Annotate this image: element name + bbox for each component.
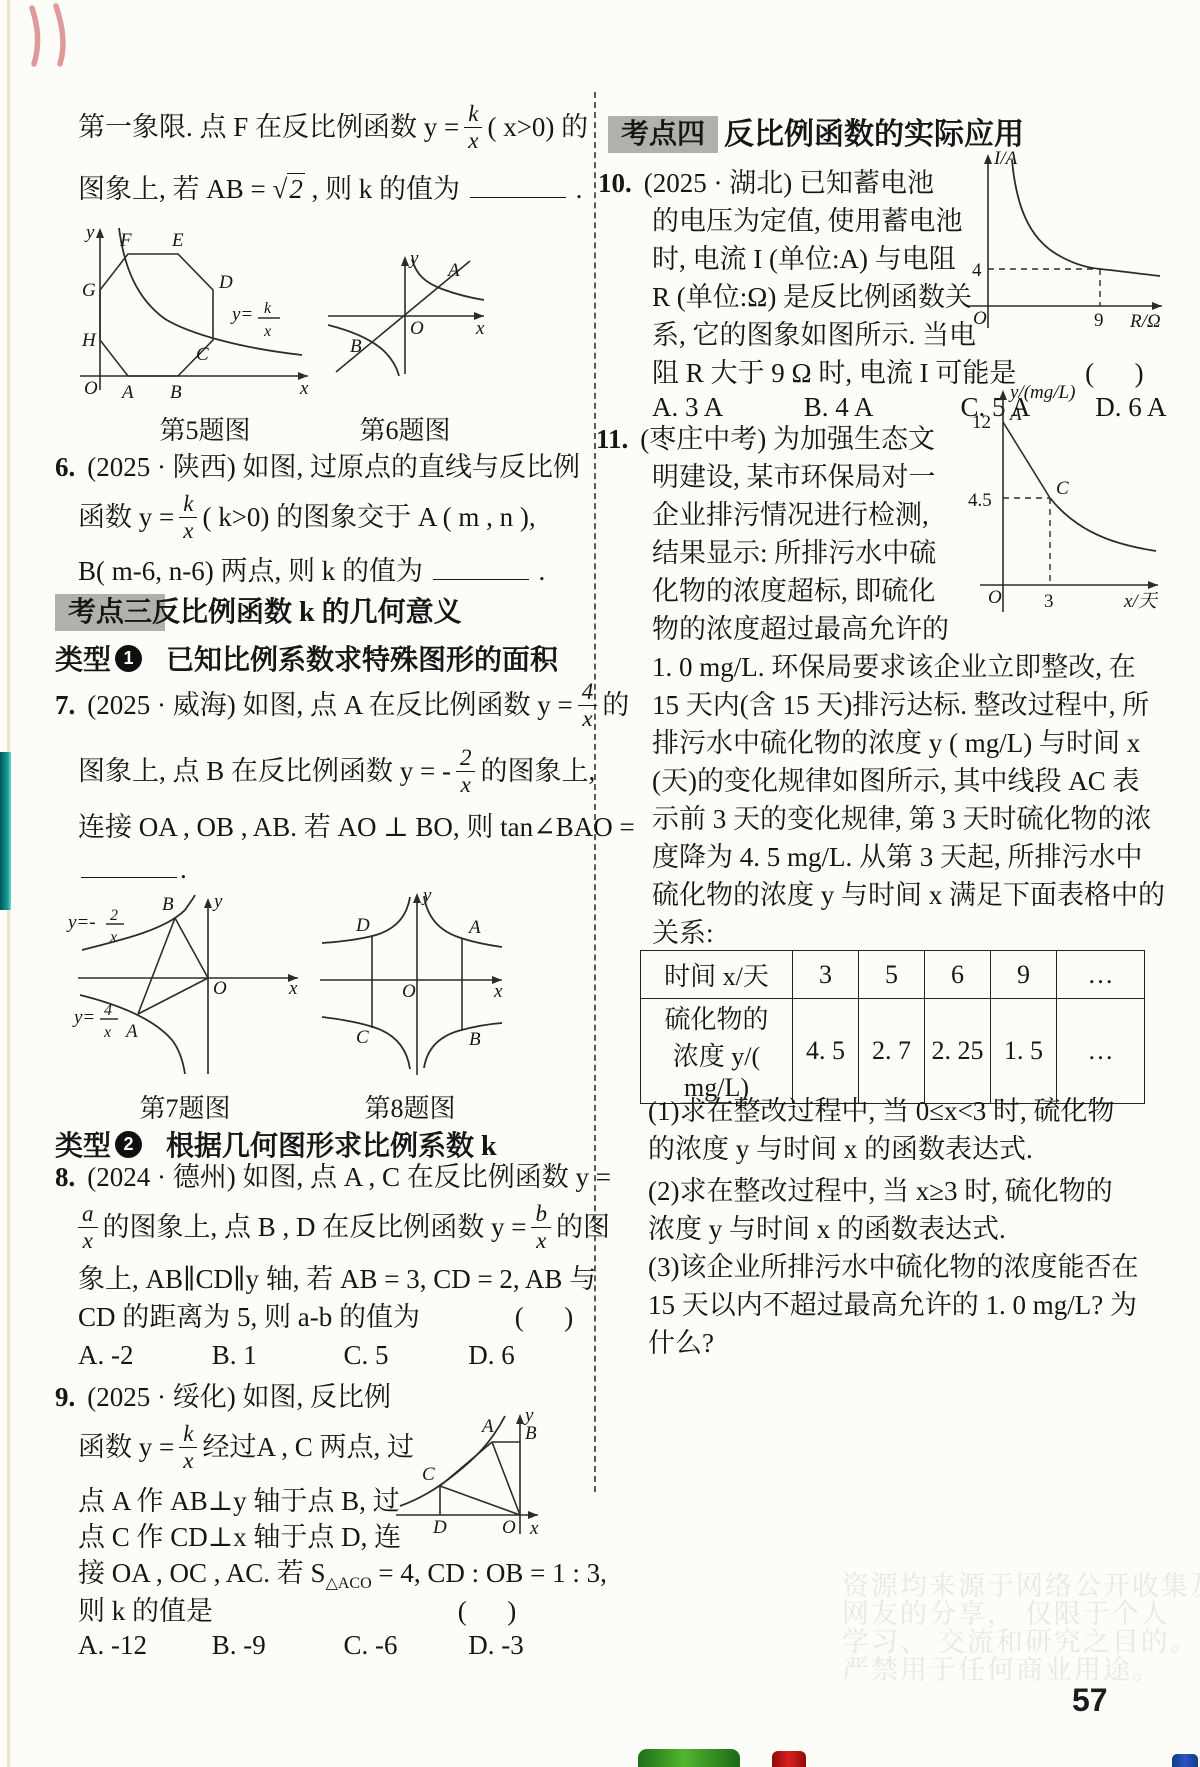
curve-a-q1 bbox=[424, 896, 502, 947]
table-header-row: 时间 x/天 3 5 6 9 … bbox=[641, 951, 1145, 999]
txt: B( m-6, n-6) 两点, 则 k 的值为 bbox=[78, 556, 423, 586]
problem-11-line-3: 企业排污情况进行检测, bbox=[652, 496, 929, 534]
blue-banner-fragment bbox=[1172, 1754, 1198, 1767]
question-3-line-3: 什么? bbox=[648, 1324, 714, 1362]
denominator: x bbox=[459, 772, 473, 798]
label-B: B bbox=[469, 1029, 481, 1050]
txt: 象上, AB∥CD∥y 轴, 若 AB = 3, CD = 2, AB 与 bbox=[78, 1264, 596, 1294]
problem-9-line-3: 点 A 作 AB⊥y 轴于点 B, 过 bbox=[78, 1482, 400, 1520]
txt: 排污水中硫化物的浓度 y ( mg/L) 与时间 x bbox=[652, 728, 1140, 758]
axis-label-x: x/天 bbox=[1123, 591, 1159, 612]
denominator: x bbox=[181, 1448, 195, 1474]
txt: 结果显示: 所排污水中硫 bbox=[652, 538, 936, 568]
x-arrow bbox=[1148, 581, 1158, 589]
problem-11-line-7: 1. 0 mg/L. 环保局要求该企业立即整改, 在 bbox=[652, 648, 1136, 686]
fraction-k-x: kx bbox=[179, 491, 197, 544]
txt: 明建设, 某市环保局对一 bbox=[652, 462, 936, 492]
section-badge-kaodian3: 考点三 bbox=[55, 594, 165, 631]
option-C: C. 5 bbox=[344, 1340, 462, 1371]
problem-8-line-1: 8.(2024 · 德州) 如图, 点 A , C 在反比例函数 y = bbox=[55, 1158, 611, 1196]
denominator: x bbox=[580, 706, 594, 732]
circled-number-2: 2 bbox=[115, 1131, 142, 1158]
cell-ellipsis: … bbox=[1057, 951, 1145, 999]
label-O: O bbox=[502, 1517, 516, 1538]
circled-number-1: 1 bbox=[115, 645, 142, 672]
figure-6-caption: 第6题图 bbox=[305, 410, 505, 447]
label-x: x bbox=[529, 1518, 539, 1539]
option-B: B. -9 bbox=[212, 1630, 337, 1661]
type-title: 已知比例系数求特殊图形的面积 bbox=[166, 638, 558, 678]
section-title-kaodian3: 反比例函数 k 的几何意义 bbox=[152, 594, 462, 632]
segment-AC bbox=[1003, 422, 1050, 498]
txt: 的电压为定值, 使用蓄电池 bbox=[652, 206, 963, 236]
label-C: C bbox=[196, 344, 209, 365]
label-D: D bbox=[355, 915, 370, 936]
red-pen-marks bbox=[22, 2, 84, 72]
txt: 函数 y = bbox=[78, 1428, 174, 1466]
txt: 关系: bbox=[652, 918, 714, 948]
label-y: y bbox=[84, 222, 95, 243]
problem-number: 8. bbox=[55, 1162, 75, 1192]
decay-curve bbox=[1050, 498, 1156, 551]
txt: 的图象上, 点 B , D 在反比例函数 y = bbox=[103, 1208, 527, 1246]
label-A: A bbox=[124, 1021, 138, 1042]
cell: 5 bbox=[859, 951, 925, 999]
txt: 系, 它的图象如图所示. 当电 bbox=[652, 320, 976, 350]
txt: 的图象上, bbox=[480, 752, 595, 790]
problem-7-line-3: 连接 OA , OB , AB. 若 AO ⊥ BO, 则 tan∠BAO = bbox=[78, 808, 635, 846]
problem-9-line-6: 则 k 的值是 ( ) bbox=[78, 1592, 516, 1630]
txt: (2025 · 湖北) 已知蓄电池 bbox=[644, 168, 934, 198]
cell: 9 bbox=[991, 951, 1057, 999]
problem-11-line-10: (天)的变化规律如图所示, 其中线段 AC 表 bbox=[652, 762, 1140, 800]
txt: 函数 y = bbox=[78, 498, 174, 536]
denominator: x bbox=[181, 518, 195, 544]
answer-blank bbox=[81, 852, 177, 878]
red-stroke-2 bbox=[56, 6, 63, 64]
label-O: O bbox=[84, 378, 98, 399]
problem-7-line-1: 7. (2025 · 威海) 如图, 点 A 在反比例函数 y = 4x 的 bbox=[55, 676, 629, 734]
txt: 企业排污情况进行检测, bbox=[652, 500, 929, 530]
y-arrow bbox=[401, 256, 409, 266]
eq2-numerator: 4 bbox=[104, 1002, 112, 1019]
label-D: D bbox=[218, 272, 233, 293]
label-O: O bbox=[213, 978, 227, 999]
type-1-row: 类型1已知比例系数求特殊图形的面积 bbox=[55, 638, 558, 678]
page-number: 57 bbox=[1072, 1682, 1108, 1719]
problem-11-line-2: 明建设, 某市环保局对一 bbox=[652, 458, 936, 496]
radical-sign: √ bbox=[272, 174, 287, 204]
txt: 15 天内(含 15 天)排污达标. 整改过程中, 所 bbox=[652, 690, 1149, 720]
cell: 3 bbox=[793, 951, 859, 999]
label-y: y bbox=[421, 885, 432, 906]
denominator: x bbox=[81, 1228, 95, 1254]
label-D: D bbox=[432, 1517, 447, 1538]
problem-10-line-5: 系, 它的图象如图所示. 当电 bbox=[652, 316, 976, 354]
txt: . bbox=[576, 174, 583, 204]
label-x: x bbox=[288, 978, 298, 999]
fraction-k-x: kx bbox=[464, 101, 482, 154]
label-E: E bbox=[171, 230, 184, 251]
axis-label-I: I/A bbox=[993, 148, 1018, 169]
option-B: B. 4 A bbox=[804, 392, 954, 423]
txt: 图象上, 若 AB = bbox=[78, 174, 266, 204]
inverse-curve bbox=[1012, 160, 1160, 276]
figure-10-current-resistance: I/A 4 O 9 R/Ω bbox=[960, 146, 1170, 338]
txt: (2)求在整改过程中, 当 x≥3 时, 硫化物的 bbox=[648, 1176, 1113, 1206]
txt: 度降为 4. 5 mg/L. 从第 3 天起, 所排污水中 bbox=[652, 842, 1143, 872]
y-arrow bbox=[516, 1414, 524, 1424]
txt: = 4, CD : OB = 1 : 3, bbox=[372, 1558, 607, 1588]
eq-numerator: k bbox=[264, 300, 272, 317]
tick-9: 9 bbox=[1094, 310, 1104, 331]
problem-number: 7. bbox=[55, 686, 75, 724]
label-x: x bbox=[493, 981, 503, 1002]
label-O: O bbox=[402, 981, 416, 1002]
txt: 阻 R 大于 9 Ω 时, 电流 I 可能是 bbox=[652, 358, 1016, 388]
problem-6-line-1: 6.(2025 · 陕西) 如图, 过原点的直线与反比例 bbox=[55, 448, 580, 486]
hyperbola-q3 bbox=[328, 325, 399, 376]
green-banner-fragment bbox=[638, 1749, 740, 1767]
figure-5-caption: 第5题图 bbox=[105, 410, 305, 447]
label-H: H bbox=[81, 330, 97, 351]
txt: 示前 3 天的变化规律, 第 3 天时硫化物的浓 bbox=[652, 804, 1152, 834]
problem-7-line-4: . bbox=[78, 850, 187, 888]
radicand: 2 bbox=[287, 173, 305, 204]
label-B: B bbox=[350, 336, 362, 357]
problem-9-line-4: 点 C 作 CD⊥x 轴于点 D, 连 bbox=[78, 1518, 401, 1556]
problem-11-line-8: 15 天内(含 15 天)排污达标. 整改过程中, 所 bbox=[652, 686, 1149, 724]
numerator: a bbox=[78, 1201, 98, 1228]
problem-8-options: A. -2 B. 1 C. 5 D. 6 bbox=[78, 1340, 515, 1371]
header-concentration: 硫化物的 浓度 y/( mg/L) bbox=[641, 999, 793, 1104]
option-C: C. -6 bbox=[344, 1630, 462, 1661]
txt: 点 C 作 CD⊥x 轴于点 D, 连 bbox=[78, 1522, 401, 1552]
label-O: O bbox=[988, 587, 1002, 608]
txt: 时, 电流 I (单位:A) 与电阻 bbox=[652, 244, 956, 274]
txt: (天)的变化规律如图所示, 其中线段 AC 表 bbox=[652, 766, 1140, 796]
figure-7-caption: 第7题图 bbox=[85, 1088, 285, 1125]
numerator: 4 bbox=[578, 679, 598, 706]
option-D: D. 6 bbox=[468, 1340, 515, 1371]
txt: 硫化物的 bbox=[645, 999, 788, 1036]
watermark-line: 严禁用于任何商业用途。 bbox=[842, 1648, 1161, 1687]
txt: ( x>0) 的 bbox=[487, 108, 588, 146]
question-1-line-2: 的浓度 y 与时间 x 的函数表达式. bbox=[648, 1130, 1033, 1168]
problem-6-line-2: 函数 y = kx ( k>0) 的图象交于 A ( m , n ), bbox=[78, 488, 536, 546]
tick-4: 4 bbox=[972, 260, 982, 281]
txt: . bbox=[538, 556, 545, 586]
label-C: C bbox=[422, 1464, 435, 1485]
type-word: 类型 bbox=[55, 638, 111, 678]
txt: 物的浓度超过最高允许的 bbox=[652, 614, 949, 644]
txt: 第一象限. 点 F 在反比例函数 y = bbox=[78, 108, 459, 146]
txt: 硫化物的浓度 y 与时间 x 满足下面表格中的 bbox=[652, 880, 1165, 910]
problem-8-line-4: CD 的距离为 5, 则 a-b 的值为 ( ) bbox=[78, 1298, 573, 1336]
txt: ( k>0) 的图象交于 A ( m , n ), bbox=[202, 498, 535, 536]
figure-11-concentration-time: y/(mg/L) 12 A 4.5 C O 3 x/天 bbox=[968, 380, 1163, 624]
question-2-line-1: (2)求在整改过程中, 当 x≥3 时, 硫化物的 bbox=[648, 1172, 1113, 1210]
problem-6-line-3: B( m-6, n-6) 两点, 则 k 的值为 . bbox=[78, 552, 545, 590]
problem-10-line-1: 10.(2025 · 湖北) 已知蓄电池 bbox=[598, 164, 934, 202]
curve-equation: y= bbox=[230, 304, 253, 325]
option-A: A. -12 bbox=[78, 1630, 205, 1661]
concentration-table: 时间 x/天 3 5 6 9 … 硫化物的 浓度 y/( mg/L) 4. 5 … bbox=[640, 950, 1145, 1104]
answer-blank bbox=[470, 172, 566, 198]
fraction-4-x: 4x bbox=[578, 679, 598, 732]
label-A: A bbox=[120, 382, 134, 403]
label-y: y bbox=[212, 891, 223, 912]
problem-number: 6. bbox=[55, 452, 75, 482]
txt: (2024 · 德州) 如图, 点 A , C 在反比例函数 y = bbox=[87, 1162, 611, 1192]
problem-11-line-11: 示前 3 天的变化规律, 第 3 天时硫化物的浓 bbox=[652, 800, 1152, 838]
segment-OA bbox=[492, 1442, 520, 1515]
label-y: y bbox=[408, 248, 419, 269]
txt: 化物的浓度超标, 即硫化 bbox=[652, 576, 936, 606]
hyperbola-curve bbox=[119, 228, 302, 355]
answer-blank bbox=[433, 554, 529, 580]
choice-parentheses: ( ) bbox=[515, 1302, 573, 1332]
problem-11-line-14: 关系: bbox=[652, 914, 714, 952]
problem-10-line-4: R (单位:Ω) 是反比例函数关 bbox=[652, 278, 972, 316]
problem-5-line-1: 第一象限. 点 F 在反比例函数 y = kx ( x>0) 的 bbox=[78, 98, 588, 156]
numerator: k bbox=[179, 491, 197, 518]
problem-10-line-3: 时, 电流 I (单位:A) 与电阻 bbox=[652, 240, 956, 278]
fraction-b-x: bx bbox=[531, 1201, 551, 1254]
question-3-line-1: (3)该企业所排污水中硫化物的浓度能否在 bbox=[648, 1248, 1138, 1286]
txt: 的浓度 y 与时间 x 的函数表达式. bbox=[648, 1134, 1033, 1164]
table-value-row: 硫化物的 浓度 y/( mg/L) 4. 5 2. 7 2. 25 1. 5 … bbox=[641, 999, 1145, 1104]
y-arrow bbox=[413, 893, 421, 903]
txt: 15 天以内不超过最高允许的 1. 0 mg/L? 为 bbox=[648, 1290, 1137, 1320]
label-A: A bbox=[446, 260, 460, 281]
problem-11-line-12: 度降为 4. 5 mg/L. 从第 3 天起, 所排污水中 bbox=[652, 838, 1143, 876]
numerator: k bbox=[179, 1421, 197, 1448]
choice-parentheses: ( ) bbox=[458, 1596, 516, 1626]
txt: 则 k 的值是 bbox=[78, 1596, 213, 1626]
txt: (2025 · 威海) 如图, 点 A 在反比例函数 y = bbox=[87, 686, 572, 724]
figure-6-line-hyperbola: y A O x B bbox=[320, 248, 490, 380]
fraction-2-x: 2x bbox=[456, 745, 476, 798]
problem-10-line-2: 的电压为定值, 使用蓄电池 bbox=[652, 202, 963, 240]
label-B: B bbox=[170, 382, 182, 403]
figure-7-triangle-hyperbolas: y B O x A y=- 2 x y= 4 x bbox=[68, 890, 303, 1082]
txt: 1. 0 mg/L. 环保局要求该企业立即整改, 在 bbox=[652, 652, 1136, 682]
option-A: A. -2 bbox=[78, 1340, 205, 1371]
txt: (3)该企业所排污水中硫化物的浓度能否在 bbox=[648, 1252, 1138, 1282]
problem-9-line-2: 函数 y = kx 经过A , C 两点, 过 bbox=[78, 1418, 414, 1476]
txt: 什么? bbox=[648, 1328, 714, 1358]
area-subscript: △ACO bbox=[326, 1575, 372, 1592]
cell-ellipsis: … bbox=[1057, 999, 1145, 1104]
tick-3: 3 bbox=[1044, 591, 1054, 612]
txt: , 则 k 的值为 bbox=[312, 174, 461, 204]
problem-11-line-6: 物的浓度超过最高允许的 bbox=[652, 610, 949, 648]
problem-11-line-4: 结果显示: 所排污水中硫 bbox=[652, 534, 936, 572]
segment-AC bbox=[440, 1442, 492, 1486]
txt: CD 的距离为 5, 则 a-b 的值为 bbox=[78, 1302, 420, 1332]
option-A: A. 3 A bbox=[652, 392, 797, 423]
label-G: G bbox=[82, 280, 96, 301]
segment-OB bbox=[175, 918, 208, 978]
I-arrow bbox=[984, 154, 992, 164]
label-A: A bbox=[480, 1416, 494, 1437]
cell: 2. 25 bbox=[925, 999, 991, 1104]
label-x: x bbox=[299, 378, 309, 399]
label-B: B bbox=[162, 894, 174, 915]
numerator: b bbox=[531, 1201, 551, 1228]
cell: 6 bbox=[925, 951, 991, 999]
segment-OA bbox=[138, 978, 208, 1014]
equation-2: y= bbox=[72, 1007, 95, 1028]
problem-number: 11. bbox=[596, 424, 628, 454]
textbook-page: 第一象限. 点 F 在反比例函数 y = kx ( x>0) 的 图象上, 若 … bbox=[0, 0, 1200, 1767]
problem-8-line-3: 象上, AB∥CD∥y 轴, 若 AB = 3, CD = 2, AB 与 bbox=[78, 1260, 596, 1298]
problem-7-line-2: 图象上, 点 B 在反比例函数 y = - 2x 的图象上, bbox=[78, 742, 595, 800]
question-3-line-2: 15 天以内不超过最高允许的 1. 0 mg/L? 为 bbox=[648, 1286, 1137, 1324]
segment-OC bbox=[440, 1486, 520, 1515]
red-stroke-1 bbox=[32, 8, 38, 64]
label-A: A bbox=[1008, 404, 1022, 425]
eq1-denominator: x bbox=[109, 929, 117, 946]
problem-11-line-13: 硫化物的浓度 y 与时间 x 满足下面表格中的 bbox=[652, 876, 1165, 914]
tick-12: 12 bbox=[972, 412, 991, 433]
txt: (枣庄中考) 为加强生态文 bbox=[640, 424, 935, 454]
axis-label-y: y/(mg/L) bbox=[1008, 382, 1075, 403]
txt: (2025 · 绥化) 如图, 反比例 bbox=[87, 1382, 391, 1412]
problem-11-line-5: 化物的浓度超标, 即硫化 bbox=[652, 572, 936, 610]
option-B: B. 1 bbox=[212, 1340, 337, 1371]
tx: R (单位:Ω) 是反比例函数关 bbox=[652, 282, 972, 312]
figure-5-octagon-hyperbola: y F E D C G H O A B x y= k x bbox=[70, 218, 320, 408]
section-badge-kaodian4: 考点四 bbox=[608, 116, 718, 153]
R-arrow bbox=[1152, 302, 1162, 310]
problem-9-line-5: 接 OA , OC , AC. 若 S△ACO = 4, CD : OB = 1… bbox=[78, 1554, 607, 1592]
denominator: x bbox=[534, 1228, 548, 1254]
label-A: A bbox=[467, 917, 481, 938]
cell: 2. 7 bbox=[859, 999, 925, 1104]
cell: 1. 5 bbox=[991, 999, 1057, 1104]
question-1-line-1: (1)求在整改过程中, 当 0≤x<3 时, 硫化物 bbox=[648, 1092, 1115, 1130]
label-B: B bbox=[525, 1423, 537, 1444]
curve-b-q4 bbox=[424, 1023, 502, 1068]
denominator: x bbox=[466, 128, 480, 154]
option-D: D. -3 bbox=[468, 1630, 524, 1661]
txt: 点 A 作 AB⊥y 轴于点 B, 过 bbox=[78, 1486, 400, 1516]
header-time: 时间 x/天 bbox=[641, 951, 793, 999]
problem-9-options: A. -12 B. -9 C. -6 D. -3 bbox=[78, 1630, 524, 1661]
eq-denominator: x bbox=[263, 323, 271, 340]
axis-label-R: R/Ω bbox=[1129, 311, 1161, 332]
txt: . bbox=[180, 854, 187, 884]
txt: 经过A , C 两点, 过 bbox=[202, 1428, 414, 1466]
problem-number: 9. bbox=[55, 1382, 75, 1412]
tick-4-5: 4.5 bbox=[968, 490, 992, 511]
teal-edge-bar bbox=[0, 752, 11, 910]
y-arrow bbox=[999, 390, 1007, 400]
txt: 接 OA , OC , AC. 若 S bbox=[78, 1558, 326, 1588]
figure-9-second-quadrant: y A B C D O x bbox=[392, 1408, 540, 1542]
numerator: 2 bbox=[456, 745, 476, 772]
eq1-numerator: 2 bbox=[110, 907, 118, 924]
problem-5-line-2: 图象上, 若 AB = √2 , 则 k 的值为 . bbox=[78, 170, 582, 208]
txt: 的图 bbox=[556, 1208, 610, 1246]
numerator: k bbox=[464, 101, 482, 128]
label-O: O bbox=[410, 318, 424, 339]
y-arrow bbox=[204, 898, 212, 908]
problem-8-line-2: ax 的图象上, 点 B , D 在反比例函数 y = bx 的图 bbox=[78, 1198, 610, 1256]
label-F: F bbox=[119, 230, 132, 251]
figure-8-caption: 第8题图 bbox=[310, 1088, 510, 1125]
problem-11-line-9: 排污水中硫化物的浓度 y ( mg/L) 与时间 x bbox=[652, 724, 1140, 762]
question-2-line-2: 浓度 y 与时间 x 的函数表达式. bbox=[648, 1210, 1006, 1248]
label-x: x bbox=[475, 318, 485, 339]
problem-number: 10. bbox=[598, 168, 632, 198]
txt: 连接 OA , OB , AB. 若 AO ⊥ BO, 则 tan∠BAO = bbox=[78, 812, 635, 842]
label-O: O bbox=[973, 308, 987, 329]
txt: 图象上, 点 B 在反比例函数 y = - bbox=[78, 752, 451, 790]
eq2-denominator: x bbox=[103, 1024, 111, 1041]
txt: 的 bbox=[602, 686, 629, 724]
txt: 浓度 y 与时间 x 的函数表达式. bbox=[648, 1214, 1006, 1244]
red-banner-fragment bbox=[772, 1751, 806, 1767]
label-C: C bbox=[1056, 478, 1069, 499]
txt: (2025 · 陕西) 如图, 过原点的直线与反比例 bbox=[87, 452, 580, 482]
equation-1: y=- bbox=[66, 912, 96, 933]
txt: (1)求在整改过程中, 当 0≤x<3 时, 硫化物 bbox=[648, 1096, 1115, 1126]
y-arrow bbox=[96, 228, 104, 238]
fraction-a-x: ax bbox=[78, 1201, 98, 1254]
problem-11-line-1: 11.(枣庄中考) 为加强生态文 bbox=[596, 420, 935, 458]
label-C: C bbox=[356, 1027, 369, 1048]
fraction-k-x: kx bbox=[179, 1421, 197, 1474]
problem-9-line-1: 9.(2025 · 绥化) 如图, 反比例 bbox=[55, 1378, 391, 1416]
cell: 4. 5 bbox=[793, 999, 859, 1104]
figure-8-two-hyperbolas: y D A C B O x bbox=[312, 885, 507, 1082]
